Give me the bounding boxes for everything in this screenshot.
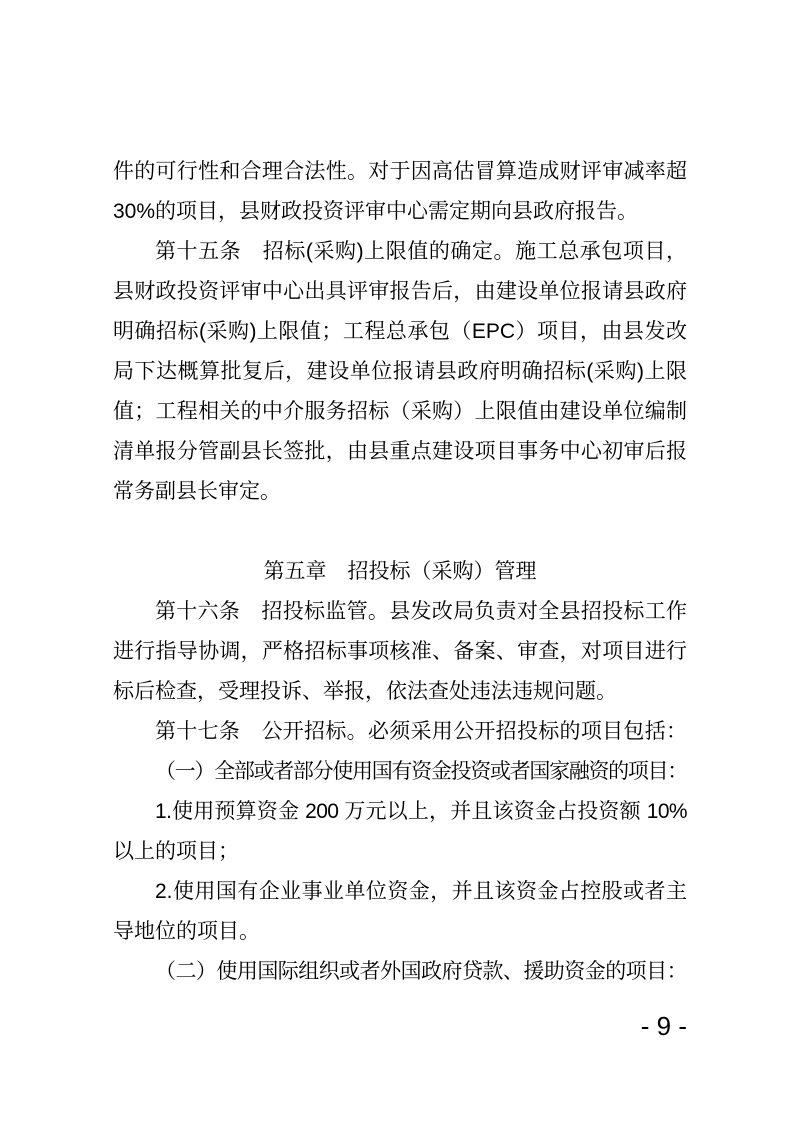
body-line: 进行指导协调，严格招标事项核准、备案、审查，对项目进行	[113, 632, 687, 672]
body-line: 明确招标(采购)上限值；工程总承包（EPC）项目，由县发改	[113, 312, 687, 352]
body-line: 常务副县长审定。	[113, 472, 687, 512]
body-line: 清单报分管副县长签批，由县重点建设项目事务中心初审后报	[113, 432, 687, 472]
body-line: 局下达概算批复后，建设单位报请县政府明确招标(采购)上限	[113, 352, 687, 392]
document-page: 件的可行性和合理合法性。对于因高估冒算造成财评审减率超 30%的项目，县财政投资…	[0, 0, 793, 1122]
chapter-heading: 第五章 招投标（采购）管理	[113, 552, 687, 592]
body-line: 以上的项目；	[113, 832, 687, 872]
body-line: 值；工程相关的中介服务招标（采购）上限值由建设单位编制	[113, 392, 687, 432]
list-item-line: （二）使用国际组织或者外国政府贷款、援助资金的项目：	[113, 952, 687, 992]
body-line: 县财政投资评审中心出具评审报告后，由建设单位报请县政府	[113, 272, 687, 312]
body-line: 件的可行性和合理合法性。对于因高估冒算造成财评审减率超	[113, 152, 687, 192]
article-16-line: 第十六条 招投标监管。县发改局负责对全县招投标工作	[113, 592, 687, 632]
body-line: 30%的项目，县财政投资评审中心需定期向县政府报告。	[113, 192, 687, 232]
article-15-line: 第十五条 招标(采购)上限值的确定。施工总承包项目，	[113, 232, 687, 272]
body-line: 标后检查，受理投诉、举报，依法查处违法违规问题。	[113, 672, 687, 712]
list-item-line: 2.使用国有企业事业单位资金，并且该资金占控股或者主	[113, 872, 687, 912]
list-item-line: 1.使用预算资金 200 万元以上，并且该资金占投资额 10%	[113, 792, 687, 832]
list-item-line: （一）全部或者部分使用国有资金投资或者国家融资的项目：	[113, 752, 687, 792]
article-17-line: 第十七条 公开招标。必须采用公开招投标的项目包括：	[113, 712, 687, 752]
page-number: - 9 -	[113, 1010, 687, 1042]
blank-line	[113, 512, 687, 552]
body-line: 导地位的项目。	[113, 912, 687, 952]
document-body: 件的可行性和合理合法性。对于因高估冒算造成财评审减率超 30%的项目，县财政投资…	[113, 152, 687, 992]
